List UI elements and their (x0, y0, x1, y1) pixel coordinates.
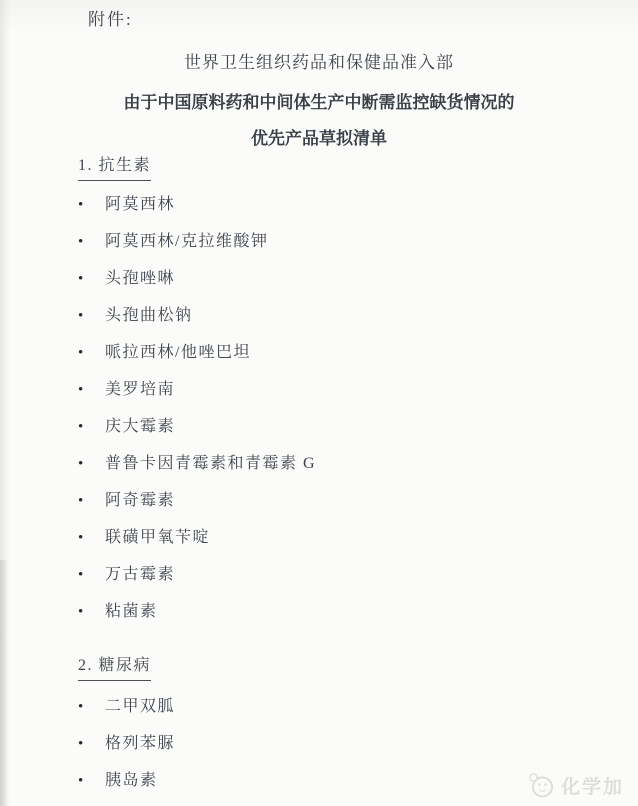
bullet-icon: • (78, 696, 105, 719)
list-item: •普鲁卡因青霉素和青霉素 G (78, 452, 560, 476)
section-heading-diabetes: 2. 糖尿病 (78, 654, 560, 681)
section-heading-text: 2. 糖尿病 (78, 654, 151, 681)
list-item-label: 普鲁卡因青霉素和青霉素 G (105, 452, 316, 475)
watermark: 化学加 (526, 770, 624, 800)
list-item: •格列苯脲 (78, 732, 560, 756)
bullet-icon: • (78, 490, 105, 513)
list-item-label: 阿莫西林 (105, 193, 175, 216)
bullet-icon: • (78, 770, 105, 793)
bullet-icon: • (78, 416, 105, 439)
bullet-icon: • (78, 194, 105, 217)
section-heading-antibiotics: 1. 抗生素 (78, 154, 560, 181)
list-item: •阿奇霉素 (78, 489, 560, 513)
antibiotics-list: •阿莫西林 •阿莫西林/克拉维酸钾 •头孢唑啉 •头孢曲松钠 •哌拉西林/他唑巴… (78, 193, 560, 624)
list-item: •粘菌素 (78, 600, 560, 624)
bullet-icon: • (78, 601, 105, 624)
section-heading-text: 1. 抗生素 (78, 154, 151, 181)
document-title-line3: 优先产品草拟清单 (78, 126, 560, 152)
scanned-document-page: 附件: 世界卫生组织药品和保健品准入部 由于中国原料药和中间体生产中断需监控缺货… (0, 0, 638, 806)
list-item: •胰岛素 (78, 769, 560, 793)
list-item: •美罗培南 (78, 378, 560, 402)
bullet-icon: • (78, 564, 105, 587)
list-item-label: 头孢唑啉 (105, 267, 175, 290)
list-item-label: 格列苯脲 (105, 732, 175, 755)
list-item-label: 头孢曲松钠 (105, 304, 193, 327)
bullet-icon: • (78, 527, 105, 550)
bullet-icon: • (78, 453, 105, 476)
bullet-icon: • (78, 231, 105, 254)
chemistry-plus-logo-icon (526, 770, 556, 800)
list-item: •阿莫西林 (78, 193, 560, 217)
list-item-label: 美罗培南 (105, 378, 175, 401)
list-item-label: 庆大霉素 (105, 415, 175, 438)
list-item: •万古霉素 (78, 563, 560, 587)
attachment-label: 附件: (88, 8, 560, 32)
list-item-label: 阿莫西林/克拉维酸钾 (105, 230, 268, 253)
bullet-icon: • (78, 268, 105, 291)
section-antibiotics: 1. 抗生素 •阿莫西林 •阿莫西林/克拉维酸钾 •头孢唑啉 •头孢曲松钠 •哌… (78, 154, 560, 624)
list-item: •头孢唑啉 (78, 267, 560, 291)
document-title-line2: 由于中国原料药和中间体生产中断需监控缺货情况的 (78, 90, 560, 116)
list-item: •庆大霉素 (78, 415, 560, 439)
bullet-icon: • (78, 305, 105, 328)
bullet-icon: • (78, 379, 105, 402)
list-item-label: 胰岛素 (105, 769, 158, 792)
list-item-label: 万古霉素 (105, 563, 175, 586)
section-diabetes: 2. 糖尿病 •二甲双胍 •格列苯脲 •胰岛素 (78, 654, 560, 793)
bullet-icon: • (78, 733, 105, 756)
list-item: •头孢曲松钠 (78, 304, 560, 328)
list-item-label: 阿奇霉素 (105, 489, 175, 512)
list-item-label: 粘菌素 (105, 600, 158, 623)
list-item: •哌拉西林/他唑巴坦 (78, 341, 560, 365)
watermark-text: 化学加 (561, 772, 624, 799)
list-item: •联磺甲氧苄啶 (78, 526, 560, 550)
diabetes-list: •二甲双胍 •格列苯脲 •胰岛素 (78, 695, 560, 793)
document-content: 附件: 世界卫生组织药品和保健品准入部 由于中国原料药和中间体生产中断需监控缺货… (0, 0, 638, 793)
list-item-label: 哌拉西林/他唑巴坦 (105, 341, 251, 364)
document-title-line1: 世界卫生组织药品和保健品准入部 (78, 50, 560, 76)
list-item-label: 二甲双胍 (105, 695, 175, 718)
list-item-label: 联磺甲氧苄啶 (105, 526, 210, 549)
bullet-icon: • (78, 342, 105, 365)
list-item: •二甲双胍 (78, 695, 560, 719)
list-item: •阿莫西林/克拉维酸钾 (78, 230, 560, 254)
